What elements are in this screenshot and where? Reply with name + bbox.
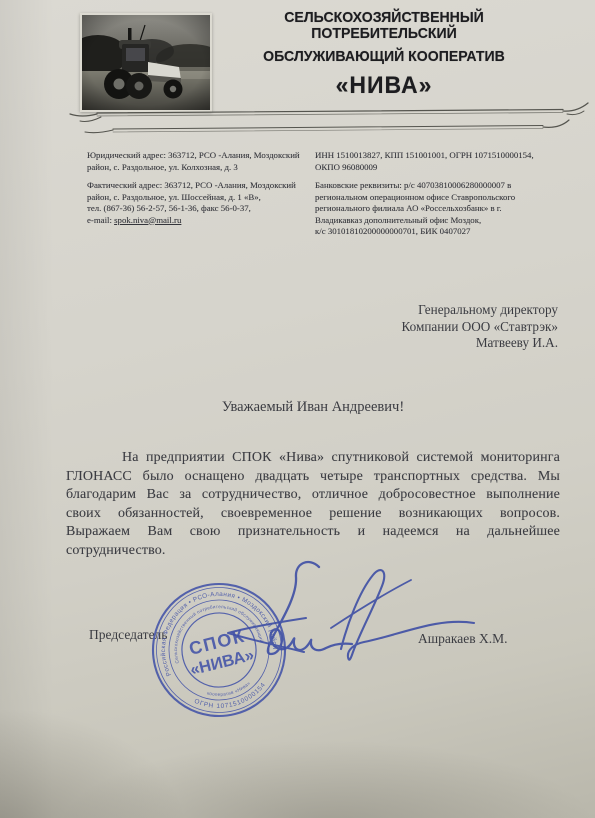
recipient-company: Компании ООО «Ставтрэк»	[402, 319, 558, 336]
legal-address: Юридический адрес: 363712, РСО -Алания, …	[87, 150, 313, 173]
recipient-name: Матвееву И.А.	[402, 335, 558, 352]
bank-details: Банковские реквизиты: р/с 40703810006280…	[315, 180, 571, 238]
org-title-line1: СЕЛЬСКОХОЗЯЙСТВЕННЫЙ ПОТРЕБИТЕЛЬСКИЙ	[211, 10, 557, 42]
handwritten-signature	[200, 553, 490, 685]
actual-address: Фактический адрес: 363712, РСО -Алания, …	[87, 180, 313, 226]
email-address: spok.niva@mail.ru	[114, 215, 181, 225]
letterhead-title: СЕЛЬСКОХОЗЯЙСТВЕННЫЙ ПОТРЕБИТЕЛЬСКИЙ ОБС…	[200, 10, 568, 99]
phone-fax: тел. (867-36) 56-2-57, 56-1-36, факс 56-…	[87, 203, 313, 215]
contacts-left-column: Юридический адрес: 363712, РСО -Алания, …	[87, 150, 313, 233]
header-divider-rules	[55, 102, 595, 144]
recipient-position: Генеральному директору	[402, 302, 558, 319]
letter-page: СЕЛЬСКОХОЗЯЙСТВЕННЫЙ ПОТРЕБИТЕЛЬСКИЙ ОБС…	[0, 0, 595, 818]
email-line: e-mail: spok.niva@mail.ru	[87, 215, 313, 227]
tractor-photo	[80, 13, 212, 112]
recipient-block: Генеральному директору Компании ООО «Ста…	[402, 302, 558, 352]
salutation: Уважаемый Иван Андреевич!	[66, 399, 560, 416]
email-label: e-mail:	[87, 215, 112, 225]
contacts-right-column: ИНН 1510013827, КПП 151001001, ОГРН 1071…	[315, 150, 571, 245]
org-title-line2: ОБСЛУЖИВАЮЩИЙ КООПЕРАТИВ	[211, 49, 557, 65]
registration-numbers: ИНН 1510013827, КПП 151001001, ОГРН 1071…	[315, 150, 571, 173]
org-name: «НИВА»	[207, 73, 560, 99]
letter-body: На предприятии СПОК «Нива» спутниковой с…	[66, 449, 560, 561]
